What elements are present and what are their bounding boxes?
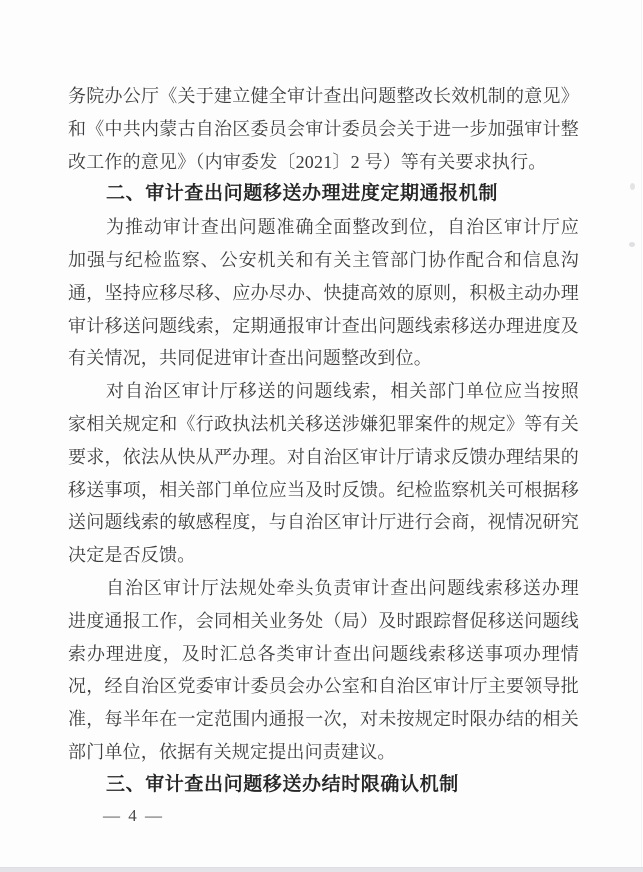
- text-line: 务院办公厅《关于建立健全审计查出问题整改长效机制的意见》: [68, 80, 579, 113]
- section-heading: 二、审计查出问题移送办理进度定期通报机制: [68, 178, 579, 211]
- scan-artifact-smudge: [629, 242, 635, 247]
- text-line: 改工作的意见》（内审委发〔2021〕2 号）等有关要求执行。: [68, 146, 579, 179]
- text-line: 索办理进度，及时汇总各类审计查出问题线索移送事项办理情: [68, 638, 579, 671]
- text-line: 为推动审计查出问题准确全面整改到位，自治区审计厅应当: [68, 211, 579, 244]
- scan-edge-line: [641, 0, 642, 872]
- text-line: 送问题线索的敏感程度，与自治区审计厅进行会商，视情况研究: [68, 506, 579, 539]
- text-line: 部门单位，依据有关规定提出问责建议。: [68, 736, 579, 769]
- text-line: 况，经自治区党委审计委员会办公室和自治区审计厅主要领导批: [68, 670, 579, 703]
- text-line: 对自治区审计厅移送的问题线索，相关部门单位应当按照国: [68, 375, 579, 408]
- text-line: 移送事项，相关部门单位应当及时反馈。纪检监察机关可根据移: [68, 474, 579, 507]
- document-body: 务院办公厅《关于建立健全审计查出问题整改长效机制的意见》和《中共内蒙古自治区委员…: [68, 80, 579, 802]
- document-page: 务院办公厅《关于建立健全审计查出问题整改长效机制的意见》和《中共内蒙古自治区委员…: [0, 0, 643, 872]
- text-line: 家相关规定和《行政执法机关移送涉嫌犯罪案件的规定》等有关: [68, 408, 579, 441]
- scan-artifact-smudge: [630, 183, 635, 190]
- text-line: 审计移送问题线索，定期通报审计查出问题线索移送办理进度及: [68, 310, 579, 343]
- scan-bottom-edge: [0, 867, 643, 872]
- text-line: 自治区审计厅法规处牵头负责审计查出问题线索移送办理: [68, 572, 579, 605]
- text-line: 决定是否反馈。: [68, 539, 579, 572]
- text-line: 进度通报工作，会同相关业务处（局）及时跟踪督促移送问题线: [68, 605, 579, 638]
- text-line: 加强与纪检监察、公安机关和有关主管部门协作配合和信息沟: [68, 244, 579, 277]
- text-line: 要求，依法从快从严办理。对自治区审计厅请求反馈办理结果的: [68, 441, 579, 474]
- text-line: 和《中共内蒙古自治区委员会审计委员会关于进一步加强审计整: [68, 113, 579, 146]
- section-heading: 三、审计查出问题移送办结时限确认机制: [68, 769, 579, 802]
- text-line: 通，坚持应移尽移、应办尽办、快捷高效的原则，积极主动办理: [68, 277, 579, 310]
- text-line: 有关情况，共同促进审计查出问题整改到位。: [68, 342, 579, 375]
- page-number: — 4 —: [103, 804, 164, 828]
- text-line: 准，每半年在一定范围内通报一次，对未按规定时限办结的相关: [68, 703, 579, 736]
